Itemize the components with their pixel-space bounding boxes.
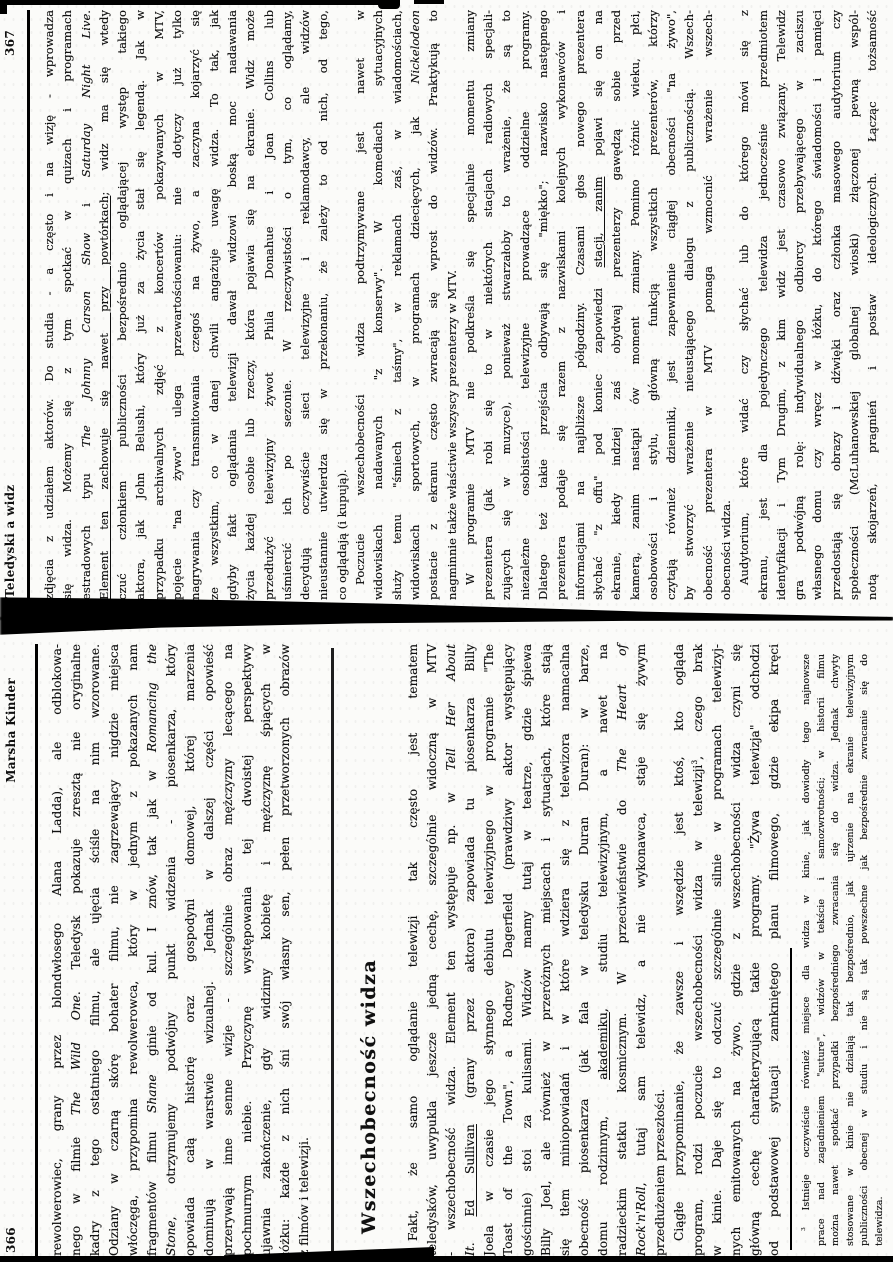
text-line: Dlatego też takie przejścia odbywają się… [534,10,552,600]
text-line: rewolwerowiec, grany przez blondwłosego … [48,644,67,1256]
text-line: Joela w czasie jego słynnego debiutu tel… [480,644,499,1256]
scan-edge-bottom-bar [0,1256,893,1262]
text-line: stosowane w kinie nie działają tak bezpo… [844,654,859,1246]
page-367-running-header: Teledyski a widz 367 [3,10,17,600]
text-line: główną cechę charakteryzującą takie prog… [746,644,765,1256]
text-line: łóżku: każde z nich śni swój własny sen,… [276,644,295,1256]
text-line: W programie MTV nie podkreśla się specja… [461,10,479,600]
text-line: przerywają inne senne wizje - szczególni… [219,644,238,1256]
text-line: ekranie, kiedy indziej zaś obydwaj preze… [607,10,625,600]
text-line: można nawet spotkać przypadki bezpośredn… [829,654,844,1246]
footnote-separator-rule [790,948,792,1250]
text-line: radzieckim statku kosmicznym. W przeciwi… [613,644,632,1256]
text-line: Billy Joel, ale również w przeróżnych mi… [537,644,556,1256]
text-line: It. Ed Sullivan (grany przez aktora) zap… [461,644,480,1256]
page-366-header-rule [35,644,38,1256]
text-line: notą skojarzeń, pragnień i postaw ideolo… [863,10,881,600]
text-line: widowiskach sportowych, w programach dzi… [406,10,424,600]
text-line: służy temu "śmiech z taśmy", w reklamach… [388,10,406,600]
text-line: obecność prezentera w MTV pomaga wzmocni… [699,10,717,600]
text-line: się tłem miniopowiadań i w które wdziera… [556,644,575,1256]
page-366-page-number: 366 [4,1227,18,1253]
text-line: pochmurnym niebie. Przyczynę występowani… [238,644,257,1256]
page-367: Teledyski a widz 367 zdjęcia z udziałem … [0,10,893,600]
text-line: słychać "z offu" pod koniec zapowiedzi s… [589,10,607,600]
p367-body: zdjęcia z udziałem aktorów. Do studia - … [40,10,882,600]
text-line: - wszechobecność widza. Element ten wyst… [442,644,461,1256]
text-line: co oglądają (i kupują). [333,10,351,600]
text-line: Element ten zachowuje się nawet przy pow… [95,10,113,600]
text-line: społeczności (McLuhanowskiej globalnej w… [845,10,863,600]
page-crease-line [331,648,334,1262]
text-line: nagminnie także właściwie wszyscy prezen… [443,10,461,600]
text-line: prezentera podaje się razem z nazwiskami… [552,10,570,600]
p366-body-top: rewolwerowiec, grany przez blondwłosego … [48,644,314,1256]
scanned-book-spread: Teledyski a widz 367 zdjęcia z udziałem … [0,0,893,1262]
text-line: Audytorium, które widać czy słychać lub … [735,10,753,600]
text-line: uśmiercić ich po sezonie. W rzeczywistoś… [278,10,296,600]
text-line: przedłużyć telewizyjny żywot Phila Donah… [260,10,278,600]
scan-edge-top-bar [0,0,398,5]
text-line: czytają również dzienniki, jest zapewnie… [662,10,680,600]
text-line: estradowych typu The Johnny Carson Show … [77,10,95,600]
spine-shadow-band [0,594,893,636]
text-line: kadry z tego ostatniego filmu, ale ujęci… [86,644,105,1256]
text-line: zujących się w muzyce), ponieważ stwarza… [497,10,515,600]
text-line: nieustannie utwierdza się w przekonaniu,… [314,10,332,600]
text-line: gdyby fakt oglądania telewizji dawał wid… [223,10,241,600]
text-line: fragmentów filmu Shane ginie od kul. I z… [143,644,162,1256]
spine-shadow-line [0,617,893,620]
text-line: by stworzyć wrażenie nieustającego dialo… [680,10,698,600]
text-line: przedostają się obrazy i dźwięki oraz cz… [827,10,845,600]
text-line: informacjami na najbliższe półgodziny. C… [571,10,589,600]
text-line: decydują oczywiście sieci telewizyjne i … [296,10,314,600]
page-366: 366 Marsha Kinder rewolwerowiec, grany p… [0,644,893,1256]
text-line: przypadku archiwalnych zdjęć z koncertów… [150,10,168,600]
text-line: nagrywania czy transmitowania czegoś na … [186,10,204,600]
p366-body-bottom: Fakt, że samo oglądanie telewizji tak cz… [404,644,784,1256]
text-line: prace nad zagadnieniem "suture", widzów … [815,654,830,1246]
text-line: osobowości i stylu, główną funkcją wszys… [644,10,662,600]
text-line: od podstawowej sytuacji zamkniętego plan… [765,644,784,1256]
page-366-running-header: 366 Marsha Kinder [4,644,18,1256]
scan-edge-corner-mark [0,0,7,14]
section-heading: Wszechobecność widza [358,959,380,1234]
text-line: w kinie. Daje się to odczuć szczególnie … [708,644,727,1256]
text-line: się widza. Możemy się z tym spotkać w qu… [58,10,76,600]
text-line: dominują w warstwie wizualnej. Jednak w … [200,644,219,1256]
text-line: Rock'n'Roll, tutaj sam telewidz, a nie w… [632,644,651,1256]
text-line: Poczucie wszechobecności widza podtrzymy… [351,10,369,600]
text-line: aktora, jak John Belushi, który już za ż… [131,10,149,600]
text-line: własnego domu czy wręcz w łóżku, do któr… [808,10,826,600]
text-line: 3 Istnieje oczywiście również miejsce dl… [800,654,815,1246]
text-line: teledysków, uwypukla jeszcze jedną cechę… [423,644,442,1256]
text-line: włóczęga, przypomina rewolwerowca, który… [124,644,143,1256]
text-line: nego w filmie The Wild One. Teledysk pok… [67,644,86,1256]
page-367-header-title: Teledyski a widz [3,485,17,598]
text-line: czuć członkiem publiczności bezpośrednio… [113,10,131,600]
scan-edge-top-blob [378,0,400,9]
text-line: identyfikacji i Tym Drugim, z kim widz j… [772,10,790,600]
page-366-header-title: Marsha Kinder [4,678,18,783]
text-line: Fakt, że samo oglądanie telewizji tak cz… [404,644,423,1256]
text-line: Stone, otrzymujemy podwójny punkt widzen… [162,644,181,1256]
page-367-page-number: 367 [3,30,17,56]
page-367-header-rule [27,10,30,600]
text-line: widowiskach nadawanych "z konserwy". W k… [369,10,387,600]
text-line: z filmów i telewizji. [295,644,314,1256]
scan-edge-top-dash [414,0,444,4]
text-line: postacie z ekranu często zwracają się wp… [424,10,442,600]
text-line: publiczności obecnej w studiu i nie są t… [858,654,873,1246]
text-line: zdjęcia z udziałem aktorów. Do studia - … [40,10,58,600]
text-line: telewidza. [873,654,888,1246]
text-line: ekranu, jest dla pojedynczego telewidza … [754,10,772,600]
text-line: pojęcie "na żywo" ulega przewartościowan… [168,10,186,600]
p366-footnote: 3 Istnieje oczywiście również miejsce dl… [800,654,887,1246]
text-line: gościnnie) stoi za kulisami. Widzów mamy… [518,644,537,1256]
text-line: życia każdej osobie lub rzeczy, która po… [241,10,259,600]
text-line: program, rodzi poczucie wszechobecności … [689,644,708,1256]
text-line: Ciągłe przypominanie, że zawsze i wszędz… [670,644,689,1256]
text-line: kamerą, zanim nastąpi ów moment zmiany. … [626,10,644,600]
text-line: gra podwójną rolę: indywidualnego odbior… [790,10,808,600]
text-line: obecności widza. [717,10,735,600]
text-line: prezentera (jak robi się to w niektórych… [479,10,497,600]
text-line: Toast of the Town", a Rodney Dagerfield … [499,644,518,1256]
text-line: nych emitowanych na żywo, gdzie z wszech… [727,644,746,1256]
text-line: obecność piosenkarza (jak fala w teledys… [575,644,594,1256]
text-line: ze wszystkim, co w danej chwili angażuje… [205,10,223,600]
text-line: Odziany w czarną skórę bohater filmu, ni… [105,644,124,1256]
text-line: opowiada całą historię oraz gospodyni do… [181,644,200,1256]
text-line: ujawnia zakończenie, gdy widzimy kobietę… [257,644,276,1256]
text-line: domu rodzinnym, akademiku, studiu telewi… [594,644,613,1256]
text-line: niezależne osobistości telewizyjne prowa… [516,10,534,600]
text-line: przedłużeniem przeszłości. [651,644,670,1256]
